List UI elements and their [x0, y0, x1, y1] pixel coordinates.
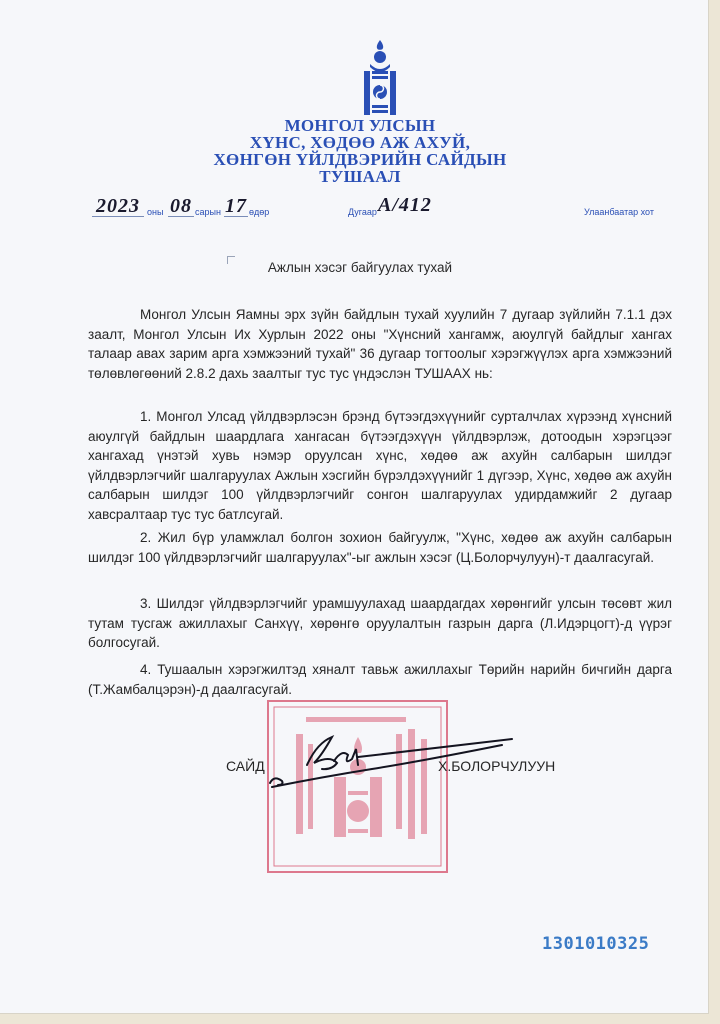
header-line-3: ХӨНГӨН ҮЙЛДВЭРИЙН САЙДЫН: [0, 151, 720, 168]
serial-number: 1301010325: [542, 934, 649, 954]
preamble-paragraph: Монгол Улсын Яамны эрх зүйн байдлын туха…: [88, 305, 672, 383]
document-page: МОНГОЛ УЛСЫН ХҮНС, ХӨДӨӨ АЖ АХУЙ, ХӨНГӨН…: [0, 0, 709, 1014]
number-label: Дугаар: [348, 207, 377, 217]
year-suffix: оны: [147, 207, 163, 217]
document-header: МОНГОЛ УЛСЫН ХҮНС, ХӨДӨӨ АЖ АХУЙ, ХӨНГӨН…: [0, 117, 720, 185]
soyombo-emblem-icon: [362, 38, 398, 118]
order-number: А/412: [378, 194, 432, 217]
signatory-name: Х.БОЛОРЧУЛУУН: [438, 758, 555, 774]
order-item-2: 2. Жил бүр уламжлал болгон зохион байгуу…: [88, 528, 672, 567]
order-item-3: 3. Шилдэг үйлдвэрлэгчийг урамшуулахад ша…: [88, 594, 672, 653]
header-line-2: ХҮНС, ХӨДӨӨ АЖ АХУЙ,: [0, 134, 720, 151]
document-subject: Ажлын хэсэг байгуулах тухай: [0, 260, 720, 275]
date-number-row: 2023 оны 08 сарын 17 өдөр Дугаар А/412 У…: [0, 196, 720, 222]
order-item-text: 2. Жил бүр уламжлал болгон зохион байгуу…: [88, 528, 672, 567]
signatory-title: САЙД: [226, 758, 265, 774]
header-line-1: МОНГОЛ УЛСЫН: [0, 117, 720, 134]
order-item-text: 1. Монгол Улсад үйлдвэрлэсэн брэнд бүтээ…: [88, 407, 672, 524]
city-label: Улаанбаатар хот: [584, 207, 654, 217]
order-item-1: 1. Монгол Улсад үйлдвэрлэсэн брэнд бүтээ…: [88, 407, 672, 524]
day-field: 17: [224, 196, 248, 217]
preamble-text: Монгол Улсын Яамны эрх зүйн байдлын туха…: [88, 305, 672, 383]
header-line-4: ТУШААЛ: [0, 168, 720, 185]
year-field: 2023: [92, 196, 144, 217]
order-item-text: 4. Тушаалын хэрэгжилтэд хяналт тавьж ажи…: [88, 660, 672, 699]
order-item-4: 4. Тушаалын хэрэгжилтэд хяналт тавьж ажи…: [88, 660, 672, 699]
month-field: 08: [168, 196, 194, 217]
day-suffix: өдөр: [249, 207, 269, 217]
order-item-text: 3. Шилдэг үйлдвэрлэгчийг урамшуулахад ша…: [88, 594, 672, 653]
month-suffix: сарын: [195, 207, 221, 217]
